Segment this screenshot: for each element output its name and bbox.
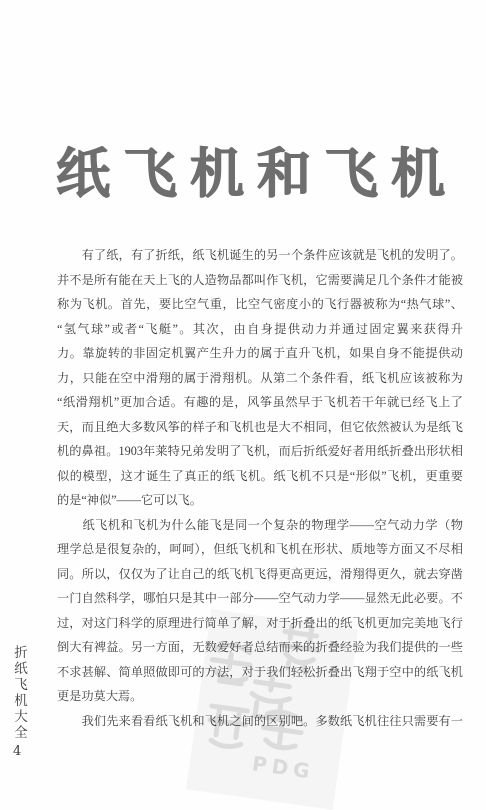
body-text-line: 过，对这门科学的原理进行简单了解，对于折叠出的纸飞机更加完美地飞行 xyxy=(57,611,463,636)
body-text-line: 力，只能在空中滑翔的属于滑翔机。从第二个条件看，纸飞机应该被称为 xyxy=(57,366,463,391)
body-text-line: 力。靠旋转的非固定机翼产生升力的属于直升飞机，如果自身不能提供动 xyxy=(57,341,463,366)
watermark-pdg-label: PDG xyxy=(251,751,316,783)
body-text-line: 天，而且绝大多数风筝的样子和飞机也是大不相同，但它依然被认为是纸飞 xyxy=(57,415,463,440)
body-text-line: “氢气球”或者“飞艇”。其次，由自身提供动力并通过固定翼来获得升 xyxy=(57,317,463,342)
body-text-line: 并不是所有能在天上飞的人造物品都叫作飞机，它需要满足几个条件才能被 xyxy=(57,268,463,293)
body-text-line: 一门自然科学，哪怕只是其中一部分——空气动力学——显然无此必要。不 xyxy=(57,586,463,611)
body-text-line: 同。所以，仅仅为了让自己的纸飞机飞得更高更远，滑翔得更久，就去穿凿 xyxy=(57,562,463,587)
body-text: 有了纸，有了折纸，纸飞机诞生的另一个条件应该就是飞机的发明了。 并不是所有能在天… xyxy=(57,243,463,733)
body-text-line: 似的模型，这才诞生了真正的纸飞机。纸飞机不只是“形似”飞机，更重要 xyxy=(57,464,463,489)
body-text-line: “纸滑翔机”更加合适。有趣的是，风筝虽然早于飞机若干年就已经飞上了 xyxy=(57,390,463,415)
body-text-line: 有了纸，有了折纸，纸飞机诞生的另一个条件应该就是飞机的发明了。 xyxy=(57,243,463,268)
body-text-line: 不求甚解、简单照做即可的方法，对于我们轻松折叠出飞翔于空中的纸飞机 xyxy=(57,660,463,685)
body-text-line: 更是功莫大焉。 xyxy=(57,684,463,709)
book-page: PDG 纸飞机和飞机 有了纸，有了折纸，纸飞机诞生的另一个条件应该就是飞机的发明… xyxy=(0,0,486,810)
book-title-vertical: 折纸飞机大全 xyxy=(9,645,29,741)
body-text-line: 倒大有裨益。另一方面，无数爱好者总结而来的折叠经验为我们提供的一些 xyxy=(57,635,463,660)
chapter-title: 纸飞机和飞机 xyxy=(56,138,458,210)
body-text-line: 称为飞机。首先，要比空气重，比空气密度小的飞行器被称为“热气球”、 xyxy=(57,292,463,317)
page-number: 4 xyxy=(13,744,21,759)
body-text-line: 我们先来看看纸飞机和飞机之间的区别吧。多数纸飞机往往只需要有一 xyxy=(57,709,463,734)
body-text-line: 机的鼻祖。1903年莱特兄弟发明了飞机，而后折纸爱好者用纸折叠出形状相 xyxy=(57,439,463,464)
body-text-line: 的是“神似”——它可以飞。 xyxy=(57,488,463,513)
body-text-line: 理学总是很复杂的，呵呵），但纸飞机和飞机在形状、质地等方面又不尽相 xyxy=(57,537,463,562)
body-text-line: 纸飞机和飞机为什么能飞是同一个复杂的物理学——空气动力学（物 xyxy=(57,513,463,538)
